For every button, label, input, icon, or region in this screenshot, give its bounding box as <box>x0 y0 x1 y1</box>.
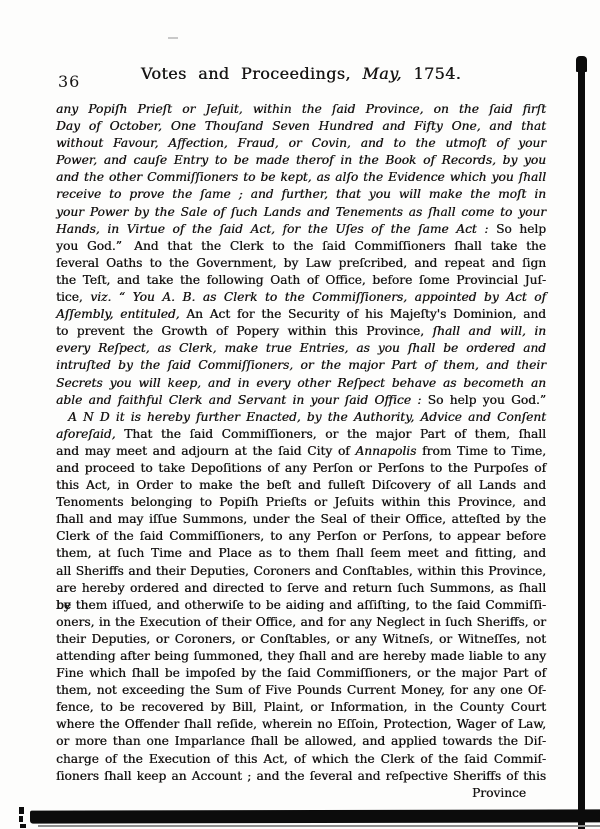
roman-text: the Teſt, and take the following Oath of… <box>56 273 546 287</box>
text-line: Day of October, One Thouſand Seven Hundr… <box>56 118 546 135</box>
text-line: them, not exceeding the Sum of Five Poun… <box>56 682 546 699</box>
text-line: and the other Commiſſioners to be kept, … <box>56 169 546 186</box>
italic-text: intruſted by the ſaid Commiſſioners, or … <box>56 358 546 372</box>
text-line: charge of the Execution of this Act, of … <box>56 751 546 768</box>
text-line: Hands, in Virtue of the ſaid Act, for th… <box>56 221 546 238</box>
italic-text: without Favour, Affection, Fraud, or Cov… <box>56 136 546 150</box>
text-line: able and faithful Clerk and Servant in y… <box>56 392 546 409</box>
italic-text: Secrets you will keep, and in every othe… <box>56 376 546 390</box>
italic-text: and the other Commiſſioners to be kept, … <box>56 170 546 184</box>
roman-text: So help you God.” <box>428 393 546 407</box>
text-line: this Act, in Order to make the beſt and … <box>56 477 546 494</box>
text-line: aforeſaid, That the ſaid Commiſſioners, … <box>56 426 546 443</box>
italic-text: receive to prove the ſame ; and further,… <box>56 187 546 201</box>
body-text: any Popiſh Prieſt or Jeſuit, within the … <box>56 101 546 785</box>
text-line: receive to prove the ſame ; and further,… <box>56 186 546 203</box>
roman-text: ſhall and may iſſue Summons, under the S… <box>56 512 546 526</box>
text-line: intruſted by the ſaid Commiſſioners, or … <box>56 357 546 374</box>
italic-text: any Popiſh Prieſt or Jeſuit, within the … <box>56 102 546 116</box>
roman-text: That the ſaid Commiſſioners, or the majo… <box>124 427 546 441</box>
text-line: without Favour, Affection, Fraud, or Cov… <box>56 135 546 152</box>
italic-text: your Power by the Sale of ſuch Lands and… <box>56 205 546 219</box>
scan-artifact-left-tick <box>19 816 23 822</box>
text-line: any Popiſh Prieſt or Jeſuit, within the … <box>56 101 546 118</box>
roman-text: their Deputies, or Coroners, or Conſtabl… <box>56 632 546 646</box>
text-line: and may meet and adjourn at the ſaid Cit… <box>56 443 546 460</box>
roman-text: you God.” And that the Clerk to the ſaid… <box>56 239 546 253</box>
scan-artifact-top-dash <box>168 37 178 39</box>
text-line: where the Offender ſhall reſide, wherein… <box>56 716 546 733</box>
scan-artifact-right-bar-cap <box>576 56 587 72</box>
roman-text: or more than one Imparlance ſhall be all… <box>56 734 546 748</box>
italic-text: May, <box>362 64 402 83</box>
italic-text: Annapolis <box>355 444 416 458</box>
italic-text: Aſſembly, entituled, <box>56 307 186 321</box>
roman-text: ſioners ſhall keep an Account ; and the … <box>56 769 546 783</box>
scanned-document-page: 36 Votes and Proceedings, May, 1754. any… <box>0 0 600 829</box>
text-line: attending after being ſummoned, they ſha… <box>56 648 546 665</box>
italic-text: able and faithful Clerk and Servant in y… <box>56 393 428 407</box>
text-line: oners, in the Execution of their Office,… <box>56 614 546 631</box>
text-line: A N D it is hereby further Enacted, by t… <box>56 409 546 426</box>
text-line: ſhall and may iſſue Summons, under the S… <box>56 511 546 528</box>
roman-text: Clerk of the ſaid Commiſſioners, to any … <box>56 529 546 543</box>
roman-text: An Act for the Security of his Majeſty's… <box>186 307 546 321</box>
roman-text: fence, to be recovered by Bill, Plaint, … <box>56 700 546 714</box>
running-title: Votes and Proceedings, May, 1754. <box>56 64 546 83</box>
text-line: Power, and cauſe Entry to be made therof… <box>56 152 546 169</box>
text-line: and proceed to take Depoſitions of any P… <box>56 460 546 477</box>
roman-text: Fine which ſhall be impoſed by the ſaid … <box>56 666 546 680</box>
text-line: ſeveral Oaths to the Government, by Law … <box>56 255 546 272</box>
text-line: the Teſt, and take the following Oath of… <box>56 272 546 289</box>
roman-text: all Sheriffs and their Deputies, Coroner… <box>56 564 546 578</box>
catchword: Province <box>56 785 526 802</box>
text-line: Secrets you will keep, and in every othe… <box>56 375 546 392</box>
text-line: tice, viz. “ You A. B. as Clerk to the C… <box>56 289 546 306</box>
roman-text: where the Offender ſhall reſide, wherein… <box>56 717 546 731</box>
text-line: fence, to be recovered by Bill, Plaint, … <box>56 699 546 716</box>
roman-text: attending after being ſummoned, they ſha… <box>56 649 546 663</box>
roman-text: ſeveral Oaths to the Government, by Law … <box>56 256 546 270</box>
roman-text: So help <box>496 222 546 236</box>
text-line: by them iſſued, and otherwiſe to be aidi… <box>56 597 546 614</box>
roman-text: them, not exceeding the Sum of Five Poun… <box>56 683 546 697</box>
text-line: Clerk of the ſaid Commiſſioners, to any … <box>56 528 546 545</box>
roman-text: charge of the Execution of this Act, of … <box>56 752 546 766</box>
text-line: their Deputies, or Coroners, or Conſtabl… <box>56 631 546 648</box>
scan-artifact-bottom-bar <box>30 809 600 823</box>
text-line: ſioners ſhall keep an Account ; and the … <box>56 768 546 785</box>
roman-text: and may meet and adjourn at the ſaid Cit… <box>56 444 355 458</box>
roman-text: Tenoments belonging to Popiſh Prieſts or… <box>56 495 546 509</box>
scan-artifact-bottom-line <box>38 825 600 827</box>
italic-text: A N D it is hereby further Enacted, by t… <box>68 410 546 424</box>
roman-text: tice, <box>56 290 90 304</box>
roman-text: this Act, in Order to make the beſt and … <box>56 478 546 492</box>
text-line: or more than one Imparlance ſhall be all… <box>56 733 546 750</box>
text-line: them, at ſuch Time and Place as to them … <box>56 545 546 562</box>
scan-artifact-right-bar <box>578 66 585 829</box>
text-line: all Sheriffs and their Deputies, Coroner… <box>56 563 546 580</box>
text-line: Fine which ſhall be impoſed by the ſaid … <box>56 665 546 682</box>
roman-text: them, at ſuch Time and Place as to them … <box>56 546 546 560</box>
scan-artifact-left-tick <box>20 824 26 828</box>
italic-text: Hands, in Virtue of the ſaid Act, for th… <box>56 222 496 236</box>
roman-text: and proceed to take Depoſitions of any P… <box>56 461 546 475</box>
roman-text: by them iſſued, and otherwiſe to be aidi… <box>56 598 546 612</box>
text-line: are hereby ordered and directed to ſerve… <box>56 580 546 597</box>
text-line: every Reſpect, as Clerk, make true Entri… <box>56 340 546 357</box>
roman-text: to prevent the Growth of Popery within t… <box>56 324 432 338</box>
italic-text: Day of October, One Thouſand Seven Hundr… <box>56 119 546 133</box>
italic-text: every Reſpect, as Clerk, make true Entri… <box>56 341 546 355</box>
text-line: to prevent the Growth of Popery within t… <box>56 323 546 340</box>
text-line: you God.” And that the Clerk to the ſaid… <box>56 238 546 255</box>
text-line: Tenoments belonging to Popiſh Prieſts or… <box>56 494 546 511</box>
roman-text: Votes and Proceedings, <box>141 64 363 83</box>
running-head: 36 Votes and Proceedings, May, 1754. <box>56 64 546 90</box>
page-number: 36 <box>58 72 80 91</box>
text-line: your Power by the Sale of ſuch Lands and… <box>56 204 546 221</box>
roman-text: 1754. <box>402 64 461 83</box>
italic-text: ſhall and will, in <box>432 324 546 338</box>
italic-text: viz. “ You A. B. as Clerk to the Commiſſ… <box>90 290 546 304</box>
text-line: Aſſembly, entituled, An Act for the Secu… <box>56 306 546 323</box>
italic-text: Power, and cauſe Entry to be made therof… <box>56 153 546 167</box>
roman-text: from Time to Time, <box>416 444 546 458</box>
italic-text: aforeſaid, <box>56 427 124 441</box>
roman-text: oners, in the Execution of their Office,… <box>56 615 546 629</box>
scan-artifact-left-tick <box>19 807 24 814</box>
